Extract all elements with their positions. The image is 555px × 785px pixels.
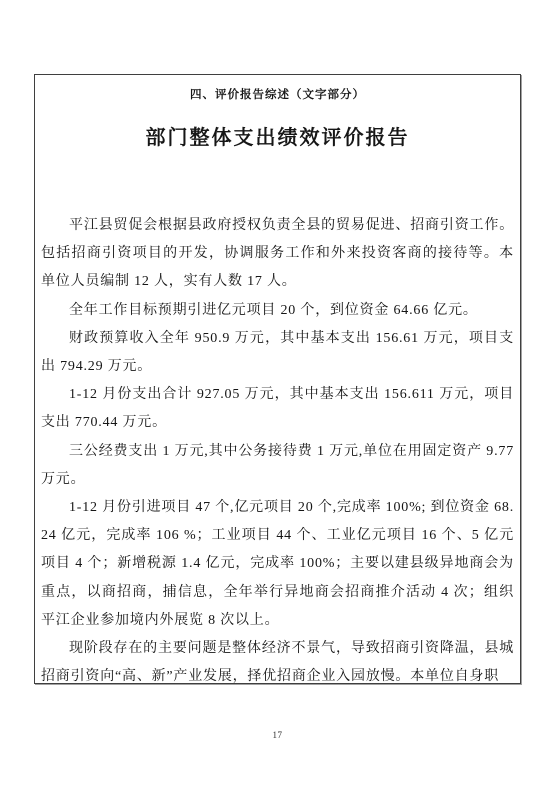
page-number: 17 [0, 730, 555, 740]
report-title: 部门整体支出绩效评价报告 [41, 126, 514, 150]
paragraph-current-problems: 现阶段存在的主要问题是整体经济不景气，导致招商引资降温，县城招商引资向“高、新”… [41, 635, 514, 684]
document-page: 四、评价报告综述（文字部分） 部门整体支出绩效评价报告 平江县贸促会根据县政府授… [0, 0, 555, 785]
paragraph-annual-target: 全年工作目标预期引进亿元项目 20 个，到位资金 64.66 亿元。 [41, 297, 514, 325]
paragraph-unit-overview: 平江县贸促会根据县政府授权负责全县的贸易促进、招商引资工作。包括招商引资项目的开… [41, 212, 514, 297]
paragraph-project-results: 1-12 月份引进项目 47 个,亿元项目 20 个,完成率 100%; 到位资… [41, 494, 514, 635]
paragraph-expenditure-total: 1-12 月份支出合计 927.05 万元，其中基本支出 156.611 万元，… [41, 381, 514, 437]
paragraph-budget-revenue: 财政预算收入全年 950.9 万元，其中基本支出 156.61 万元，项目支出 … [41, 325, 514, 381]
paragraph-three-public-expenses: 三公经费支出 1 万元,其中公务接待费 1 万元,单位在用固定资产 9.77 万… [41, 438, 514, 494]
report-border-box: 四、评价报告综述（文字部分） 部门整体支出绩效评价报告 平江县贸促会根据县政府授… [34, 74, 521, 684]
report-body: 平江县贸促会根据县政府授权负责全县的贸易促进、招商引资工作。包括招商引资项目的开… [41, 212, 514, 684]
section-header: 四、评价报告综述（文字部分） [41, 88, 514, 102]
